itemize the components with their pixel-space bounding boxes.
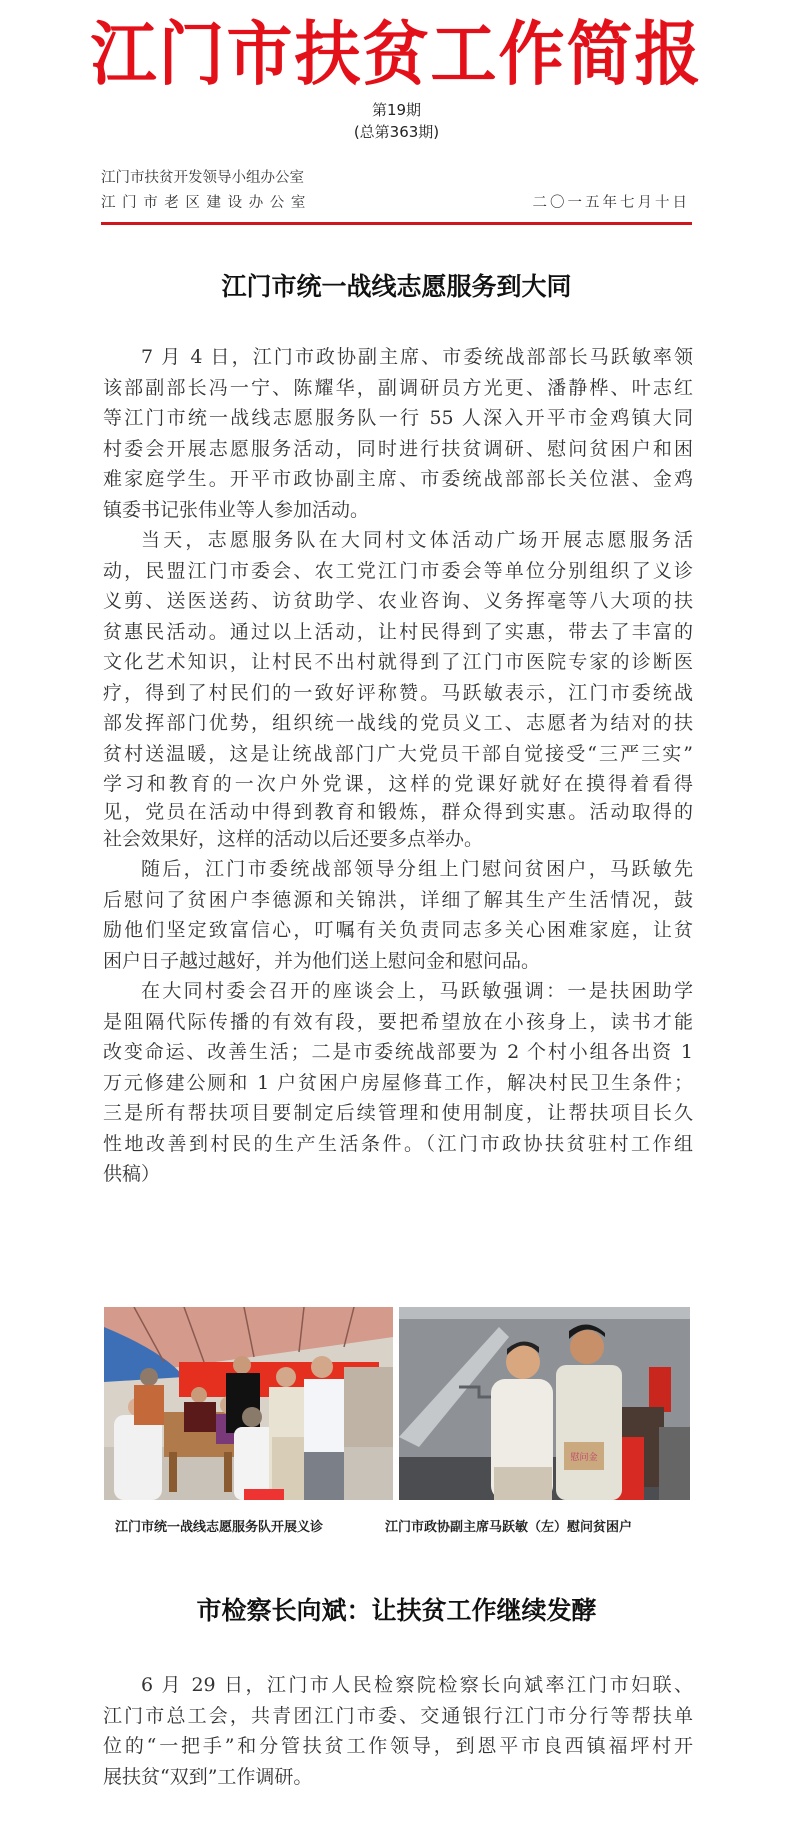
- photo-caption-left: 江门市统一战线志愿服务队开展义诊: [115, 1519, 323, 1537]
- text-line: 励他们坚定致富信心，叮嘱有关负责同志多关心困难家庭，让贫: [103, 915, 693, 946]
- masthead-divider: [101, 222, 692, 225]
- svg-text:慰问金: 慰问金: [570, 1451, 597, 1463]
- article-1-body: 7 月 4 日，江门市政协副主席、市委统战部部长马跃敏率领 该部副部长冯一宁、陈…: [103, 342, 693, 1190]
- text-line: 6 月 29 日，江门市人民检察院检察长向斌率江门市妇联、: [103, 1670, 693, 1701]
- text-line: 困户日子越过越好，并为他们送上慰问金和慰问品。: [103, 946, 693, 977]
- text-line: 疗，得到了村民们的一致好评称赞。马跃敏表示，江门市委统战: [103, 678, 693, 709]
- text-line: 供稿）: [103, 1159, 693, 1190]
- text-line: 社会效果好，这样的活动以后还要多点举办。: [103, 824, 693, 855]
- text-line: 位的“一把手”和分管扶贫工作领导，到恩平市良西镇福坪村开: [103, 1731, 693, 1762]
- text-line: 等江门市统一战线志愿服务队一行 55 人深入开平市金鸡镇大同: [103, 403, 693, 434]
- text-line: 是阻隔代际传播的有效有段，要把希望放在小孩身上，读书才能: [103, 1007, 693, 1038]
- text-line: 展扶贫“双到”工作调研。: [103, 1762, 693, 1793]
- text-line: 文化艺术知识，让村民不出村就得到了江门市医院专家的诊断医: [103, 647, 693, 678]
- text-line: 7 月 4 日，江门市政协副主席、市委统战部部长马跃敏率领: [103, 342, 693, 373]
- text-line: 镇委书记张伟业等人参加活动。: [103, 495, 693, 526]
- article-2-body: 6 月 29 日，江门市人民检察院检察长向斌率江门市妇联、 江门市总工会，共青团…: [103, 1670, 693, 1792]
- issuing-office-1: 江门市扶贫开发领导小组办公室: [101, 168, 304, 188]
- text-line: 贫村送温暖，这是让统战部门广大党员干部自觉接受“三严三实”: [103, 739, 693, 770]
- text-line: 当天，志愿服务队在大同村文体活动广场开展志愿服务活: [103, 525, 693, 556]
- text-line: 部发挥部门优势，组织统一战线的党员义工、志愿者为结对的扶: [103, 708, 693, 739]
- text-line: 贫惠民活动。通过以上活动，让村民得到了实惠，带去了丰富的: [103, 617, 693, 648]
- photo-visit-household: 慰问金: [399, 1307, 690, 1500]
- article-2-title: 市检察长向斌：让扶贫工作继续发酵: [0, 1594, 793, 1628]
- text-line: 见，党员在活动中得到教育和锻炼，群众得到实惠。活动取得的: [103, 800, 693, 824]
- text-line: 该部副部长冯一宁、陈耀华，副调研员方光更、潘静桦、叶志红: [103, 373, 693, 404]
- photo-volunteer-clinic: [104, 1307, 393, 1500]
- article-1-title: 江门市统一战线志愿服务到大同: [0, 270, 793, 304]
- text-line: 后慰问了贫困户李德源和关锦洪，详细了解其生产生活情况，鼓: [103, 885, 693, 916]
- text-line: 改变命运、改善生活；二是市委统战部要为 2 个村小组各出资 1: [103, 1037, 693, 1068]
- text-line: 万元修建公厕和 1 户贫困户房屋修葺工作，解决村民卫生条件；: [103, 1068, 693, 1099]
- text-line: 三是所有帮扶项目要制定后续管理和使用制度，让帮扶项目长久: [103, 1098, 693, 1129]
- photo-caption-right: 江门市政协副主席马跃敏（左）慰问贫困户: [385, 1519, 632, 1537]
- total-issue-number: (总第363期): [0, 122, 793, 142]
- text-line: 动，民盟江门市委会、农工党江门市委会等单位分别组织了义诊: [103, 556, 693, 587]
- issuing-office-2: 江门市老区建设办公室: [101, 193, 312, 213]
- text-line: 村委会开展志愿服务活动，同时进行扶贫调研、慰问贫困户和困: [103, 434, 693, 465]
- text-line: 随后，江门市委统战部领导分组上门慰问贫困户，马跃敏先: [103, 854, 693, 885]
- publication-date: 二〇一五年七月十日: [533, 193, 691, 213]
- issue-number: 第19期: [0, 100, 793, 120]
- text-line: 在大同村委会召开的座谈会上，马跃敏强调：一是扶困助学: [103, 976, 693, 1007]
- newsletter-title: 江门市扶贫工作简报: [0, 12, 793, 96]
- text-line: 性地改善到村民的生产生活条件。（江门市政协扶贫驻村工作组: [103, 1129, 693, 1160]
- text-line: 江门市总工会，共青团江门市委、交通银行江门市分行等帮扶单: [103, 1701, 693, 1732]
- text-line: 难家庭学生。开平市政协副主席、市委统战部部长关位湛、金鸡: [103, 464, 693, 495]
- text-line: 义剪、送医送药、访贫助学、农业咨询、义务挥毫等八大项的扶: [103, 586, 693, 617]
- text-line: 学习和教育的一次户外党课，这样的党课好就好在摸得着看得: [103, 769, 693, 800]
